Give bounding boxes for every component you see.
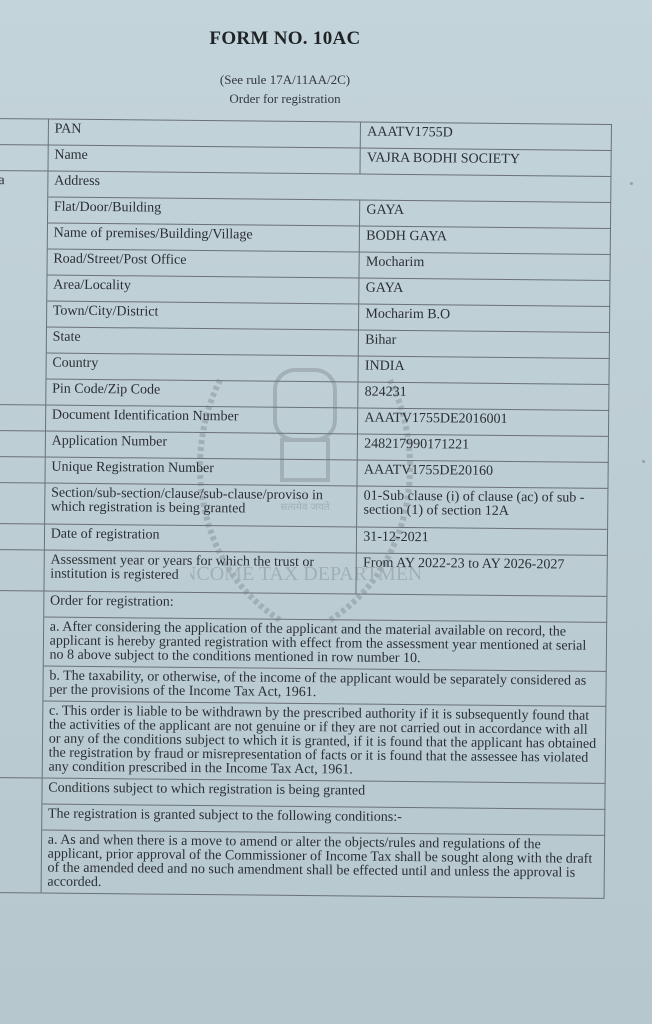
field-label: State <box>46 327 359 356</box>
serial-number: 2 <box>0 144 48 171</box>
field-label: PAN <box>48 119 361 148</box>
row-assessment-year: 8 Assessment year or years for which the… <box>0 549 607 596</box>
order-clause-b: b. The taxability, or otherwise, of the … <box>43 666 607 706</box>
field-label: Name <box>48 145 361 174</box>
serial-number: 8 <box>0 549 44 591</box>
pin-value: 824231 <box>358 382 609 410</box>
field-label: Country <box>46 353 359 382</box>
pan-value: AAATV1755D <box>361 122 612 150</box>
document-page: FORM NO. 10AC (See rule 17A/11AA/2C) Ord… <box>0 0 652 1024</box>
section-value: 01-Sub clause (i) of clause (ac) of sub … <box>357 486 608 529</box>
form-subtitle: Order for registration <box>0 91 570 107</box>
field-label: Area/Locality <box>46 275 359 304</box>
order-clause-a: a. After considering the application of … <box>43 617 607 671</box>
field-label: Pin Code/Zip Code <box>45 379 358 408</box>
paper-speck <box>630 182 633 185</box>
town-value: Mocharim B.O <box>359 304 610 332</box>
serial-number: 2a <box>0 170 48 197</box>
assessment-year-value: From AY 2022-23 to AY 2026-2027 <box>356 553 607 596</box>
flat-value: GAYA <box>360 200 611 228</box>
serial-number <box>0 118 48 145</box>
field-label: Name of premises/Building/Village <box>47 223 360 252</box>
urn-value: AAATV1755DE20160 <box>357 460 608 488</box>
serial-number: 5 <box>0 456 45 483</box>
date-value: 31-12-2021 <box>357 527 608 555</box>
registration-table: PAN AAATV1755D 2 Name VAJRA BODHI SOCIET… <box>0 118 612 899</box>
application-number-value: 248217990171221 <box>358 434 609 462</box>
paper-speck <box>642 460 645 463</box>
field-label: Date of registration <box>44 524 357 553</box>
serial-number: 3 <box>0 404 45 431</box>
order-clause-c: c. This order is liable to be withdrawn … <box>42 701 606 783</box>
field-label: Flat/Door/Building <box>47 197 360 226</box>
condition-clause-a: a. As and when there is a move to amend … <box>41 830 605 898</box>
field-label: Town/City/District <box>46 301 359 330</box>
form-title: FORM NO. 10AC <box>0 28 570 50</box>
premises-value: BODH GAYA <box>360 226 611 254</box>
din-value: AAATV1755DE2016001 <box>358 408 609 436</box>
rule-reference: (See rule 17A/11AA/2C) <box>0 72 570 88</box>
serial-number: 6 <box>0 482 45 524</box>
serial-number: 10 <box>0 777 42 804</box>
field-label: Application Number <box>45 431 358 460</box>
field-label: Unique Registration Number <box>45 457 358 486</box>
serial-number: 7 <box>0 523 44 550</box>
row-order-c: c. This order is liable to be withdrawn … <box>0 700 606 783</box>
area-value: GAYA <box>359 278 610 306</box>
row-section: 6 Section/sub-section/clause/sub-clause/… <box>0 482 608 529</box>
row-order-b: b. The taxability, or otherwise, of the … <box>0 665 606 706</box>
road-value: Mocharim <box>359 252 610 280</box>
row-order-a: a. After considering the application of … <box>0 616 607 671</box>
serial-number: 4 <box>0 430 45 457</box>
field-label: Document Identification Number <box>45 405 358 434</box>
country-value: INDIA <box>358 356 609 384</box>
name-value: VAJRA BODHI SOCIETY <box>360 148 611 176</box>
row-condition-a: a. As and when there is a move to amend … <box>0 829 605 898</box>
serial-number: 9 <box>0 590 44 617</box>
state-value: Bihar <box>359 330 610 358</box>
field-label: Section/sub-section/clause/sub-clause/pr… <box>44 483 357 527</box>
field-label: Road/Street/Post Office <box>47 249 360 278</box>
field-label: Assessment year or years for which the t… <box>44 550 357 594</box>
